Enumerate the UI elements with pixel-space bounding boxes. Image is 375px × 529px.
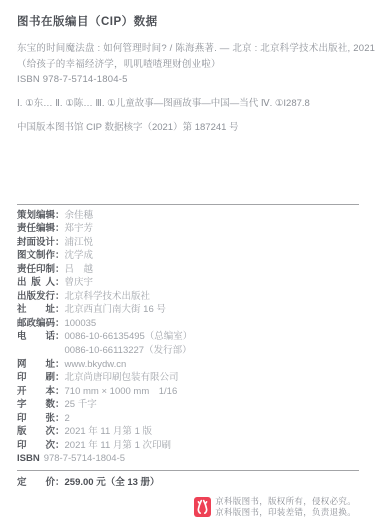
detail-label: 社址 <box>17 303 55 317</box>
detail-row: 责任编辑：郑宇芳 <box>17 222 359 236</box>
copyright-page: 图书在版编目（CIP）数据 东宝的时间魔法盘 : 如何管理时间? / 陈海燕著.… <box>0 0 375 529</box>
detail-label: 印张 <box>17 412 55 426</box>
detail-row: 邮政编码：100035 <box>17 317 359 331</box>
cip-record-block: 东宝的时间魔法盘 : 如何管理时间? / 陈海燕著. — 北京 : 北京科学技术… <box>17 41 359 88</box>
detail-colon: ： <box>55 413 65 424</box>
cip-classification: Ⅰ. ①东… Ⅱ. ①陈… Ⅲ. ①儿童故事—图画故事—中国—当代 Ⅳ. ①I2… <box>17 96 359 111</box>
detail-colon: ： <box>55 359 65 370</box>
detail-value: 郑宇芳 <box>65 223 94 234</box>
cip-record-line-3: ISBN 978-7-5714-1804-5 <box>17 72 359 88</box>
detail-label: 出版发行 <box>17 290 55 304</box>
detail-label: 图文制作 <box>17 249 55 263</box>
cip-number: 中国版本图书馆 CIP 数据核字（2021）第 187241 号 <box>17 120 359 135</box>
detail-row: 印刷：北京尚唐印刷包装有限公司 <box>17 371 359 385</box>
detail-row: 版次：2021 年 11 月第 1 版 <box>17 425 359 439</box>
detail-value: www.bkydw.cn <box>65 359 127 370</box>
detail-row: 出版发行：北京科学技术出版社 <box>17 290 359 304</box>
detail-colon: ： <box>55 331 65 342</box>
detail-colon: ： <box>55 440 65 451</box>
detail-value-line2: 0086-10-66113227（发行部） <box>65 344 360 358</box>
detail-label: 电话 <box>17 330 55 344</box>
detail-row: 出版人：曾庆宇 <box>17 276 359 290</box>
detail-row: 开本：710 mm × 1000 mm 1/16 <box>17 385 359 399</box>
detail-colon: ： <box>55 386 65 397</box>
cip-title: 图书在版编目（CIP）数据 <box>17 15 359 29</box>
detail-colon: ： <box>55 426 65 437</box>
detail-value: 北京西直门南大街 16 号 <box>65 304 166 315</box>
detail-label: 印刷 <box>17 371 55 385</box>
detail-value: 2021 年 11 月第 1 版 <box>65 426 152 437</box>
price-row: 定价：259.00 元（全 13 册） <box>17 471 359 493</box>
detail-colon: ： <box>55 277 65 288</box>
detail-colon: ： <box>55 291 65 302</box>
detail-row: 策划编辑：余佳穗 <box>17 209 359 223</box>
detail-value: 沈学成 <box>65 250 94 261</box>
detail-colon: ： <box>55 223 65 234</box>
detail-value: 0086-10-66135495（总编室） <box>65 331 193 342</box>
footer-notice-line-2: 京科版图书，印装差错，负责退换。 <box>215 507 356 518</box>
detail-label: 策划编辑 <box>17 209 55 223</box>
detail-label: 开本 <box>17 385 55 399</box>
detail-row: 责任印制：吕 越 <box>17 263 359 277</box>
detail-row: 字数：25 千字 <box>17 398 359 412</box>
detail-value: 曾庆宇 <box>65 277 94 288</box>
detail-colon: ： <box>55 250 65 261</box>
detail-value: 710 mm × 1000 mm 1/16 <box>65 386 178 397</box>
detail-value: 北京科学技术出版社 <box>65 291 151 302</box>
detail-value: 2021 年 11 月第 1 次印刷 <box>65 440 171 451</box>
publication-details: 策划编辑：余佳穗 责任编辑：郑宇芳 封面设计：浦江悦 图文制作：沈学成 责任印制… <box>17 205 359 468</box>
detail-colon: ： <box>55 372 65 383</box>
detail-value: 100035 <box>65 318 97 329</box>
publisher-logo-icon <box>194 497 211 517</box>
detail-label: 版次 <box>17 425 55 439</box>
detail-colon: ： <box>55 264 65 275</box>
detail-row: ISBN978-7-5714-1804-5 <box>17 452 359 466</box>
detail-row: 图文制作：沈学成 <box>17 249 359 263</box>
detail-colon: ： <box>55 318 65 329</box>
detail-label: 印次 <box>17 439 55 453</box>
detail-value: 余佳穗 <box>65 210 94 221</box>
detail-row: 印次：2021 年 11 月第 1 次印刷 <box>17 439 359 453</box>
detail-value: 吕 越 <box>65 264 94 275</box>
footer-notice: 京科版图书，版权所有，侵权必究。 京科版图书，印装差错，负责退换。 <box>17 496 359 518</box>
cip-record-line-1: 东宝的时间魔法盘 : 如何管理时间? / 陈海燕著. — 北京 : 北京科学技术… <box>17 41 359 57</box>
detail-label: 邮政编码 <box>17 317 55 331</box>
detail-label: 责任印制 <box>17 263 55 277</box>
detail-row: 社址：北京西直门南大街 16 号 <box>17 303 359 317</box>
detail-colon: ： <box>55 237 65 248</box>
price-colon: ： <box>55 477 65 488</box>
detail-colon: ： <box>55 210 65 221</box>
price-label: 定价 <box>17 476 55 490</box>
detail-value: 2 <box>65 413 70 424</box>
detail-label: 字数 <box>17 398 55 412</box>
detail-value: 978-7-5714-1804-5 <box>44 453 125 464</box>
detail-label: 出版人 <box>17 276 55 290</box>
detail-row: 电话：0086-10-66135495（总编室） 0086-10-6611322… <box>17 330 359 357</box>
detail-row: 印张：2 <box>17 412 359 426</box>
footer-notice-text: 京科版图书，版权所有，侵权必究。 京科版图书，印装差错，负责退换。 <box>215 496 356 518</box>
detail-label: 封面设计 <box>17 236 55 250</box>
detail-row: 封面设计：浦江悦 <box>17 236 359 250</box>
detail-value: 25 千字 <box>65 399 97 410</box>
price-value: 259.00 元（全 13 册） <box>65 477 160 488</box>
detail-label: ISBN <box>17 452 40 466</box>
cip-record-line-2: （给孩子的幸福经济学，叽叽喳喳理财创业啦） <box>17 57 359 73</box>
detail-value: 北京尚唐印刷包装有限公司 <box>65 372 179 383</box>
detail-row: 网址：www.bkydw.cn <box>17 358 359 372</box>
detail-label: 网址 <box>17 358 55 372</box>
footer-notice-line-1: 京科版图书，版权所有，侵权必究。 <box>215 496 356 507</box>
detail-colon: ： <box>55 304 65 315</box>
detail-colon: ： <box>55 399 65 410</box>
detail-value: 浦江悦 <box>65 237 94 248</box>
detail-label: 责任编辑 <box>17 222 55 236</box>
